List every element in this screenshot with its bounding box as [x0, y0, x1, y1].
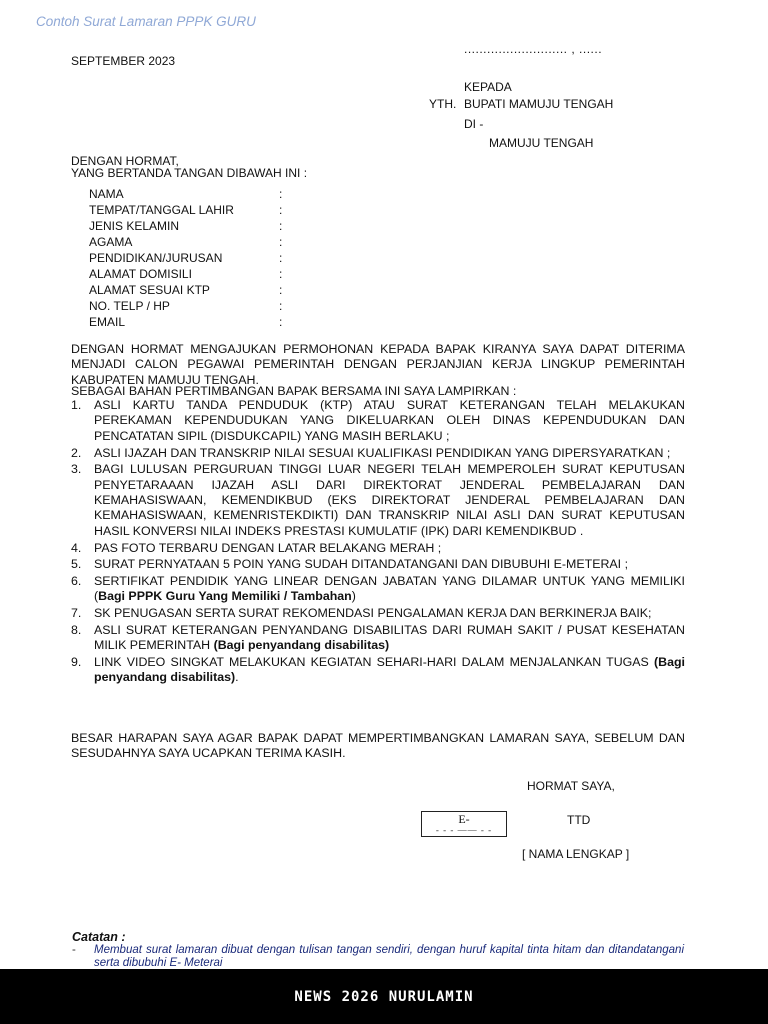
recipient-di: DI - — [464, 117, 483, 132]
requirements-list: 1.ASLI KARTU TANDA PENDUDUK (KTP) ATAU S… — [71, 398, 685, 687]
e-meterai-label: E- — [422, 812, 506, 826]
signature-name: [ NAMA LENGKAP ] — [522, 847, 629, 862]
field-colon: : — [279, 186, 289, 202]
field-colon: : — [279, 266, 289, 282]
field-row-alamat-ktp: ALAMAT SESUAI KTP: — [89, 282, 289, 298]
signature-ttd: TTD — [567, 813, 590, 828]
list-bold-note: (Bagi penyandang disabilitas) — [214, 638, 390, 652]
list-tail: ) — [352, 589, 356, 603]
closing-paragraph: BESAR HARAPAN SAYA AGAR BAPAK DAPAT MEMP… — [71, 731, 685, 762]
intro-paragraph: DENGAN HORMAT MENGAJUKAN PERMOHONAN KEPA… — [71, 342, 685, 388]
letter-date: SEPTEMBER 2023 — [71, 54, 175, 69]
field-row-ttl: TEMPAT/TANGGAL LAHIR: — [89, 202, 289, 218]
field-label: NO. TELP / HP — [89, 298, 279, 314]
list-text: LINK VIDEO SINGKAT MELAKUKAN KEGIATAN SE… — [94, 655, 654, 669]
list-text: ASLI SURAT KETERANGAN PENYANDANG DISABIL… — [94, 623, 685, 652]
greeting-line-2: YANG BERTANDA TANGAN DIBAWAH INI : — [71, 167, 307, 180]
field-row-email: EMAIL: — [89, 314, 289, 330]
recipient-yth: YTH. — [429, 97, 456, 112]
field-row-alamat-domisili: ALAMAT DOMISILI: — [89, 266, 289, 282]
recipient-name: BUPATI MAMUJU TENGAH — [464, 97, 613, 112]
list-text: PAS FOTO TERBARU DENGAN LATAR BELAKANG M… — [94, 541, 441, 555]
note-text: Membuat surat lamaran dibuat dengan tuli… — [94, 944, 684, 970]
field-colon: : — [279, 282, 289, 298]
list-bold-note: Bagi PPPK Guru Yang Memiliki / Tambahan — [98, 589, 352, 603]
field-label: EMAIL — [89, 314, 279, 330]
field-row-telp: NO. TELP / HP: — [89, 298, 289, 314]
field-colon: : — [279, 218, 289, 234]
field-label: PENDIDIKAN/JURUSAN — [89, 250, 279, 266]
list-number: 4. — [71, 541, 94, 556]
place-date-blank: ........................... , ...... — [464, 42, 602, 57]
list-number: 9. — [71, 655, 94, 686]
field-label: ALAMAT DOMISILI — [89, 266, 279, 282]
list-text: ASLI KARTU TANDA PENDUDUK (KTP) ATAU SUR… — [94, 398, 685, 443]
field-label: AGAMA — [89, 234, 279, 250]
list-item: 8.ASLI SURAT KETERANGAN PENYANDANG DISAB… — [71, 623, 685, 654]
recipient-kepada: KEPADA — [464, 80, 512, 95]
list-item: 4.PAS FOTO TERBARU DENGAN LATAR BELAKANG… — [71, 541, 685, 556]
list-text: SK PENUGASAN SERTA SURAT REKOMENDASI PEN… — [94, 606, 652, 620]
document-title-watermark: Contoh Surat Lamaran PPPK GURU — [36, 14, 256, 29]
note-item: - Membuat surat lamaran dibuat dengan tu… — [72, 944, 684, 970]
field-label: ALAMAT SESUAI KTP — [89, 282, 279, 298]
footer-banner: NEWS 2026 NURULAMIN — [0, 969, 768, 1024]
list-item: 5.SURAT PERNYATAAN 5 POIN YANG SUDAH DIT… — [71, 557, 685, 572]
list-item: 3.BAGI LULUSAN PERGURUAN TINGGI LUAR NEG… — [71, 462, 685, 539]
field-colon: : — [279, 250, 289, 266]
field-label: JENIS KELAMIN — [89, 218, 279, 234]
list-number: 3. — [71, 462, 94, 539]
applicant-fields: NAMA: TEMPAT/TANGGAL LAHIR: JENIS KELAMI… — [89, 186, 289, 330]
recipient-location: MAMUJU TENGAH — [489, 136, 593, 151]
list-number: 8. — [71, 623, 94, 654]
list-text: ASLI IJAZAH DAN TRANSKRIP NILAI SESUAI K… — [94, 446, 670, 460]
field-colon: : — [279, 234, 289, 250]
list-number: 6. — [71, 574, 94, 605]
e-meterai-stamp: E- - - - —— - - — [421, 811, 507, 837]
field-colon: : — [279, 298, 289, 314]
field-row-jenis-kelamin: JENIS KELAMIN: — [89, 218, 289, 234]
list-number: 5. — [71, 557, 94, 572]
list-text: BAGI LULUSAN PERGURUAN TINGGI LUAR NEGER… — [94, 462, 685, 538]
list-item: 2.ASLI IJAZAH DAN TRANSKRIP NILAI SESUAI… — [71, 446, 685, 461]
e-meterai-dash: - - - —— - - — [422, 826, 506, 834]
list-number: 2. — [71, 446, 94, 461]
list-item: 6.SERTIFIKAT PENDIDIK YANG LINEAR DENGAN… — [71, 574, 685, 605]
footer-text: NEWS 2026 NURULAMIN — [294, 989, 473, 1005]
list-number: 7. — [71, 606, 94, 621]
list-item: 1.ASLI KARTU TANDA PENDUDUK (KTP) ATAU S… — [71, 398, 685, 444]
list-text: SURAT PERNYATAAN 5 POIN YANG SUDAH DITAN… — [94, 557, 628, 571]
field-row-agama: AGAMA: — [89, 234, 289, 250]
list-item: 9.LINK VIDEO SINGKAT MELAKUKAN KEGIATAN … — [71, 655, 685, 686]
note-title: Catatan : — [72, 930, 125, 944]
list-tail: . — [235, 670, 238, 684]
list-number: 1. — [71, 398, 94, 444]
field-row-pendidikan: PENDIDIKAN/JURUSAN: — [89, 250, 289, 266]
field-label: TEMPAT/TANGGAL LAHIR — [89, 202, 279, 218]
field-colon: : — [279, 202, 289, 218]
field-row-nama: NAMA: — [89, 186, 289, 202]
field-colon: : — [279, 314, 289, 330]
signature-salutation: HORMAT SAYA, — [527, 779, 615, 794]
field-label: NAMA — [89, 186, 279, 202]
list-item: 7.SK PENUGASAN SERTA SURAT REKOMENDASI P… — [71, 606, 685, 621]
note-bullet: - — [72, 944, 94, 970]
